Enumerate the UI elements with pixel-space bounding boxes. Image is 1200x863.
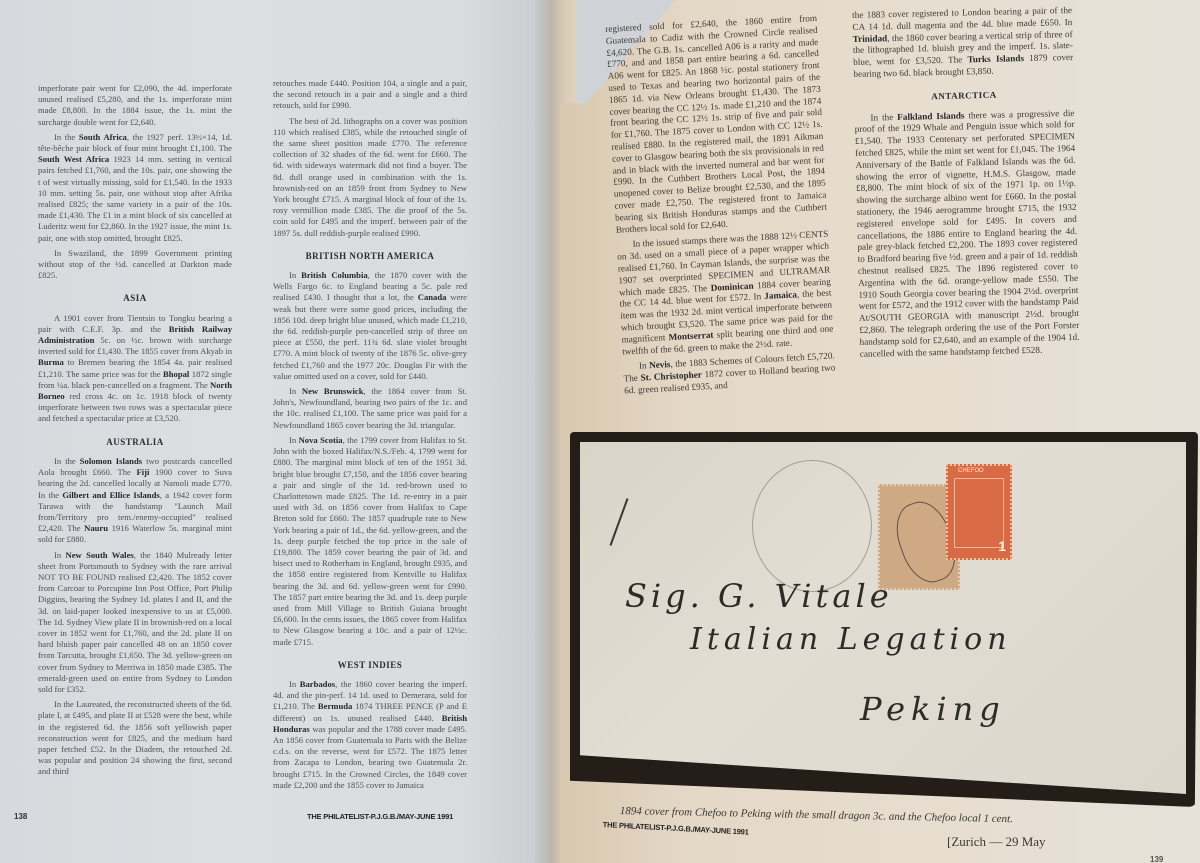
section-heading-west-indies: WEST INDIES bbox=[273, 660, 467, 671]
paragraph-new-brunswick: In New Brunswick, the 1864 cover from St… bbox=[273, 386, 467, 431]
paragraph-trinidad: the 1883 cover registered to London bear… bbox=[852, 5, 1074, 81]
stamp-inner-frame bbox=[954, 478, 1004, 548]
page-number-left: 138 bbox=[14, 812, 27, 821]
left-page: imperforate pair went for £2,090, the 4d… bbox=[0, 0, 545, 863]
column-1: imperforate pair went for £2,090, the 4d… bbox=[38, 83, 232, 782]
column-4: the 1883 cover registered to London bear… bbox=[852, 5, 1080, 364]
paragraph-falkland: In the Falkland Islands there was a prog… bbox=[854, 108, 1080, 361]
paragraph-nova-scotia: In Nova Scotia, the 1799 cover from Hali… bbox=[273, 435, 467, 648]
paragraph-issued-stamps: In the issued stamps there was the 1888 … bbox=[616, 229, 834, 358]
paragraph-asia: A 1901 cover from Tientsin to Tongku bea… bbox=[38, 313, 232, 425]
stamp-chefoo-local: CHEFOO 1 bbox=[946, 464, 1012, 560]
postmark-circle bbox=[752, 460, 872, 592]
section-heading-bna: BRITISH NORTH AMERICA bbox=[273, 251, 467, 262]
address-line-1: Sig. G. Vitale bbox=[625, 577, 893, 615]
paragraph-laureated: In the Laureated, the reconstructed shee… bbox=[38, 699, 232, 777]
paragraph-swaziland: In Swaziland, the 1899 Government printi… bbox=[38, 248, 232, 282]
paragraph-barbados: In Barbados, the 1860 cover bearing the … bbox=[273, 679, 467, 791]
address-line-3: Peking bbox=[860, 690, 1006, 728]
paragraph-solomon: In the Solomon Islands two postcards can… bbox=[38, 456, 232, 546]
column-3: registered sold for £2,640, the 1860 ent… bbox=[605, 13, 836, 401]
section-heading-antarctica: ANTARCTICA bbox=[854, 88, 1074, 105]
column-2: retouches made £440. Position 104, a sin… bbox=[273, 78, 467, 795]
paragraph-nevis: In Nevis, the 1883 Schemes of Colours fe… bbox=[623, 351, 837, 397]
paragraph-nsw: In New South Wales, the 1840 Mulready le… bbox=[38, 550, 232, 696]
paragraph: retouches made £440. Position 104, a sin… bbox=[273, 78, 467, 112]
page-number-right: 139 bbox=[1150, 855, 1163, 863]
paragraph-british-columbia: In British Columbia, the 1870 cover with… bbox=[273, 270, 467, 382]
section-heading-asia: ASIA bbox=[38, 293, 232, 304]
cover-envelope-image: CHEFOO 1 Sig. G. Vitale Italian Legation… bbox=[580, 442, 1186, 794]
paragraph: registered sold for £2,640, the 1860 ent… bbox=[605, 13, 828, 236]
running-footer-left: THE PHILATELIST-P.J.G.B./MAY-JUNE 1991 bbox=[307, 812, 453, 821]
address-line-2: Italian Legation bbox=[690, 622, 1012, 657]
pen-stroke bbox=[610, 498, 629, 546]
dateline: [Zurich — 29 May bbox=[947, 834, 1046, 850]
paragraph: imperforate pair went for £2,090, the 4d… bbox=[38, 83, 232, 128]
paragraph-lithographs: The best of 2d. lithographs on a cover w… bbox=[273, 116, 467, 239]
section-heading-australia: AUSTRALIA bbox=[38, 437, 232, 448]
paragraph-south-africa: In the South Africa, the 1927 perf. 13½×… bbox=[38, 132, 232, 244]
